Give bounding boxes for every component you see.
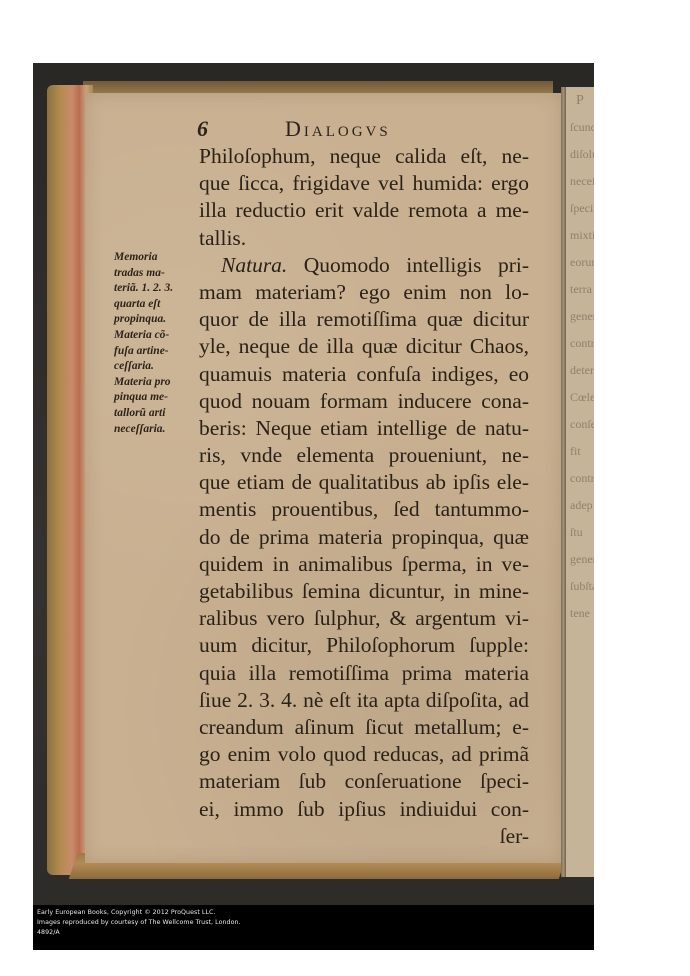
facing-line: ſpecificat [566, 195, 594, 222]
page-number: 6 [197, 116, 208, 142]
body-text: Philoſophum, neque calida eſt, ne- que ſ… [199, 143, 529, 850]
marginal-note-line: Materia cõ- [114, 328, 204, 344]
facing-line: Cœleſ [566, 384, 594, 411]
text-line: getabilibus ſemina dicuntur, in mine- [199, 578, 529, 605]
text-line: tallis. [199, 225, 529, 252]
facing-line: contrar [566, 330, 594, 357]
text-line: ralibus vero ſulphur, & argentum vi- [199, 605, 529, 632]
text-line: creandum aſinum ſicut metallum; e- [199, 714, 529, 741]
marginal-note-line: fuſa artine- [114, 344, 204, 360]
speaker-line: Natura. Quomodo intelligis pri- [199, 252, 529, 279]
facing-line: adep [566, 492, 594, 519]
text-line: mam materiam? ego enim non lo- [199, 279, 529, 306]
text-line: yle, neque de illa quæ dicitur Chaos, [199, 333, 529, 360]
marginal-note-line: neceſſaria. [114, 422, 204, 438]
text-line: quia illa remotiſſima prima materia [199, 660, 529, 687]
copyright-caption-bar: Early European Books, Copyright © 2012 P… [33, 905, 594, 950]
shelfmark-line: 4892/A [37, 929, 60, 936]
facing-line: eorum [566, 249, 594, 276]
facing-line: contra [566, 465, 594, 492]
text-line: quor de illa remotiſſima quæ dicitur [199, 306, 529, 333]
marginal-note-line: tallorũ arti [114, 406, 204, 422]
facing-line: tene [566, 600, 594, 627]
marginal-note-line: ceſſaria. [114, 359, 204, 375]
running-title: Dialogvs [285, 116, 391, 142]
text-line: quidem in animalibus ſperma, in ve- [199, 551, 529, 578]
marginal-note-line: Memoria [114, 250, 204, 266]
marginal-note-line: propinqua. [114, 312, 204, 328]
text-line: beris: Neque etiam intellige de natu- [199, 415, 529, 442]
facing-line: generat [566, 303, 594, 330]
text-line: que ſicca, frigidave vel humida: ergo [199, 170, 529, 197]
speaker-label: Natura. [221, 253, 287, 277]
text-line: ei, immo ſub ipſius indiuidui con- [199, 796, 529, 823]
marginal-note-line: pinqua me- [114, 390, 204, 406]
text-line: Philoſophum, neque calida eſt, ne- [199, 143, 529, 170]
facing-line: conſer [566, 411, 594, 438]
facing-line: terra c [566, 276, 594, 303]
marginal-notes: Memoria tradas ma- teriã. 1. 2. 3. quart… [114, 250, 204, 437]
text-line: illa reductio erit valde remota a me- [199, 197, 529, 224]
text-line: materiam ſub conſeruatione ſpeci- [199, 768, 529, 795]
text-line: ſiue 2. 3. 4. nè eſt ita apta diſpoſita,… [199, 687, 529, 714]
page-header: 6 Dialogvs [197, 116, 527, 142]
facing-line: neceſſ [566, 168, 594, 195]
text-line: mentis prouentibus, ſed tantummo- [199, 496, 529, 523]
facing-line: ſcunqu [566, 114, 594, 141]
marginal-note-line: quarta eſt [114, 297, 204, 313]
facing-line: P [566, 87, 594, 114]
facing-line: ſtu [566, 519, 594, 546]
facing-line: genera [566, 546, 594, 573]
text-line: quod nouam formam inducere cona- [199, 388, 529, 415]
facing-line: determi [566, 357, 594, 384]
text-span: Quomodo intelligis pri- [304, 253, 529, 277]
text-line: go enim volo quod reducas, ad primã [199, 741, 529, 768]
text-line: quamuis materia confuſa indiges, eo [199, 361, 529, 388]
text-line: que etiam de qualitatibus ab ipſis ele- [199, 469, 529, 496]
marginal-note-line: teriã. 1. 2. 3. [114, 281, 204, 297]
marginal-note-line: tradas ma- [114, 266, 204, 282]
facing-page-fragment: P ſcunqu diſolui neceſſ ſpecificat mixti… [566, 87, 594, 877]
copyright-line: Early European Books, Copyright © 2012 P… [37, 909, 216, 916]
catchword: ſer- [199, 823, 529, 850]
courtesy-line: Images reproduced by courtesy of The Wel… [37, 919, 241, 926]
facing-line: ſubſtan [566, 573, 594, 600]
facing-line: mixtis [566, 222, 594, 249]
text-line: do de prima materia propinqua, quæ [199, 524, 529, 551]
marginal-note-line: Materia pro [114, 375, 204, 391]
text-line: uum dicitur, Philoſophorum ſupple: [199, 632, 529, 659]
facing-line: fit [566, 438, 594, 465]
text-line: ris, vnde elementa proueniunt, ne- [199, 442, 529, 469]
facing-line: diſolui [566, 141, 594, 168]
